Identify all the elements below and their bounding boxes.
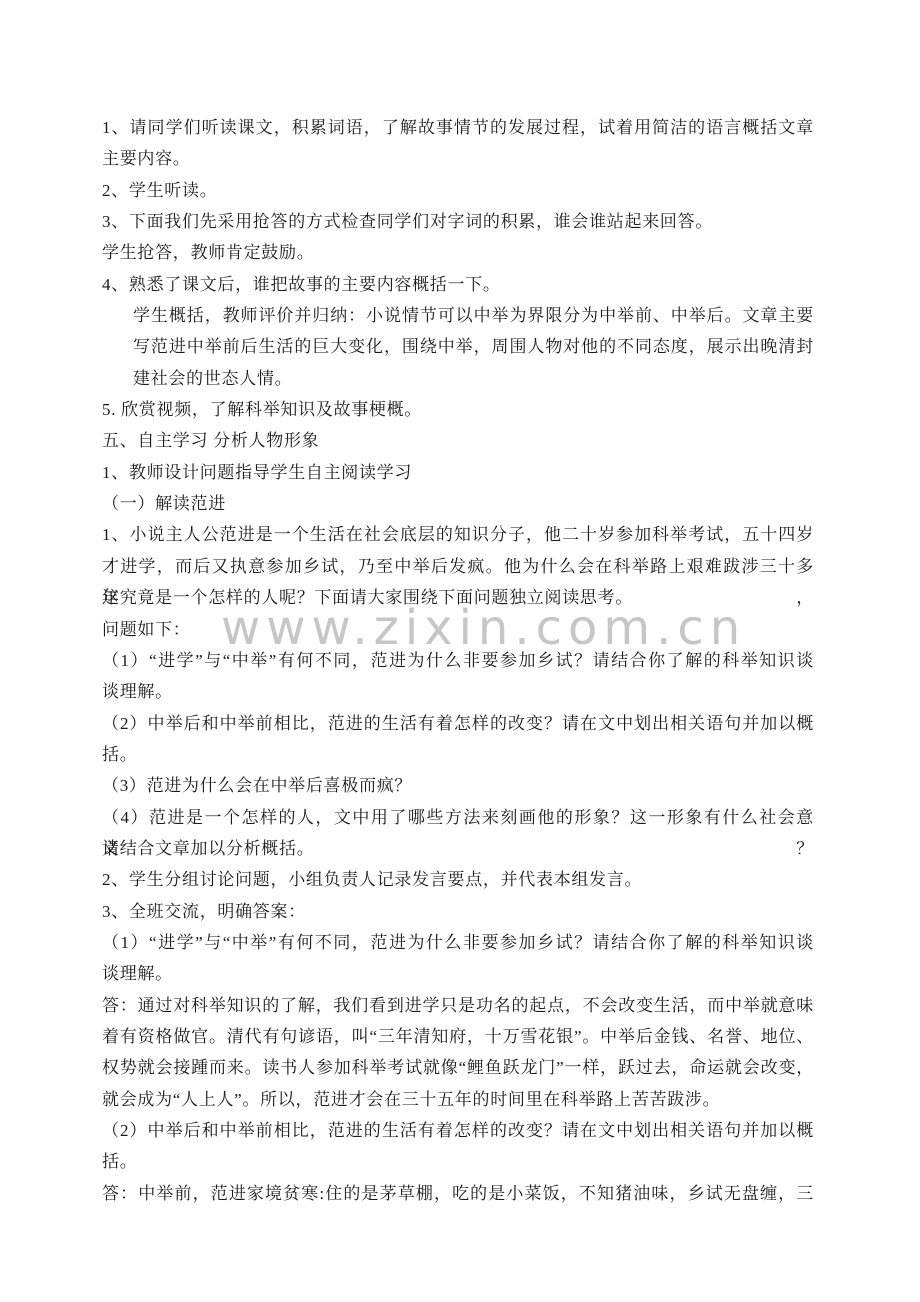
doc-line: 1、小说主人公范进是一个生活在社会底层的知识分子，他二十岁参加科举考试，五十四岁 <box>102 519 814 550</box>
doc-line: 主要内容。 <box>102 143 814 174</box>
doc-line: 4、熟悉了课文后，谁把故事的主要内容概括一下。 <box>102 269 814 300</box>
doc-line: 1、教师设计问题指导学生自主阅读学习 <box>102 457 814 488</box>
doc-line: （4）范进是一个怎样的人，文中用了哪些方法来刻画他的形象？这一形象有什么社会意义… <box>102 802 814 833</box>
doc-line: 着有资格做官。清代有句谚语，叫“三年清知府，十万雪花银”。中举后金钱、名誉、地位… <box>102 1021 814 1052</box>
doc-line: 2、学生听读。 <box>102 175 814 206</box>
doc-line: 权势就会接踵而来。读书人参加科举考试就像“鲤鱼跃龙门”一样，跃过去，命运就会改变… <box>102 1052 814 1083</box>
document-content: 1、请同学们听读课文，积累词语，了解故事情节的发展过程，试着用简洁的语言概括文章… <box>102 112 814 1209</box>
document-page: www.zixin.com.cn 1、请同学们听读课文，积累词语，了解故事情节的… <box>0 0 920 1302</box>
doc-line: 5. 欣赏视频，了解科举知识及故事梗概。 <box>102 394 814 425</box>
doc-line: （3）范进为什么会在中举后喜极而疯？ <box>102 770 814 801</box>
doc-line: 2、学生分组讨论问题，小组负责人记录发言要点，并代表本组发言。 <box>102 864 814 895</box>
doc-line: 建社会的世态人情。 <box>102 363 814 394</box>
doc-line: 学生概括，教师评价并归纳：小说情节可以中举为界限分为中举前、中举后。文章主要 <box>102 300 814 331</box>
doc-line: 谈理解。 <box>102 958 814 989</box>
doc-line: 3、全班交流，明确答案： <box>102 896 814 927</box>
doc-line: 谈理解。 <box>102 676 814 707</box>
doc-line: 就会成为“人上人”。所以，范进才会在三十五年的时间里在科举路上苦苦跋涉。 <box>102 1084 814 1115</box>
doc-line: （1）“进学”与“中举”有何不同，范进为什么非要参加乡试？请结合你了解的科举知识… <box>102 927 814 958</box>
doc-line: 1、请同学们听读课文，积累词语，了解故事情节的发展过程，试着用简洁的语言概括文章 <box>102 112 814 143</box>
doc-line: （1）“进学”与“中举”有何不同，范进为什么非要参加乡试？请结合你了解的科举知识… <box>102 645 814 676</box>
doc-line: 五、自主学习 分析人物形象 <box>102 425 814 456</box>
doc-line: 问题如下： <box>102 614 814 645</box>
doc-line: 括。 <box>102 1146 814 1177</box>
doc-line: （2）中举后和中举前相比，范进的生活有着怎样的改变？请在文中划出相关语句并加以概 <box>102 708 814 739</box>
doc-line: （一）解读范进 <box>102 488 814 519</box>
doc-line: （2）中举后和中举前相比，范进的生活有着怎样的改变？请在文中划出相关语句并加以概 <box>102 1115 814 1146</box>
doc-line: 答：通过对科举知识的了解，我们看到进学只是功名的起点，不会改变生活，而中举就意味 <box>102 990 814 1021</box>
doc-line: 写范进中举前后生活的巨大变化，围绕中举，周围人物对他的不同态度，展示出晚清封 <box>102 331 814 362</box>
doc-line: 括。 <box>102 739 814 770</box>
doc-line: 才进学，而后又执意参加乡试，乃至中举后发疯。他为什么会在科举路上艰难跋涉三十多年… <box>102 551 814 582</box>
doc-line: 答：中举前，范进家境贫寒:住的是茅草棚，吃的是小菜饭，不知猪油味，乡试无盘缠，三 <box>102 1178 814 1209</box>
doc-line: 3、下面我们先采用抢答的方式检查同学们对字词的积累，谁会谁站起来回答。 <box>102 206 814 237</box>
doc-line: 学生抢答，教师肯定鼓励。 <box>102 237 814 268</box>
